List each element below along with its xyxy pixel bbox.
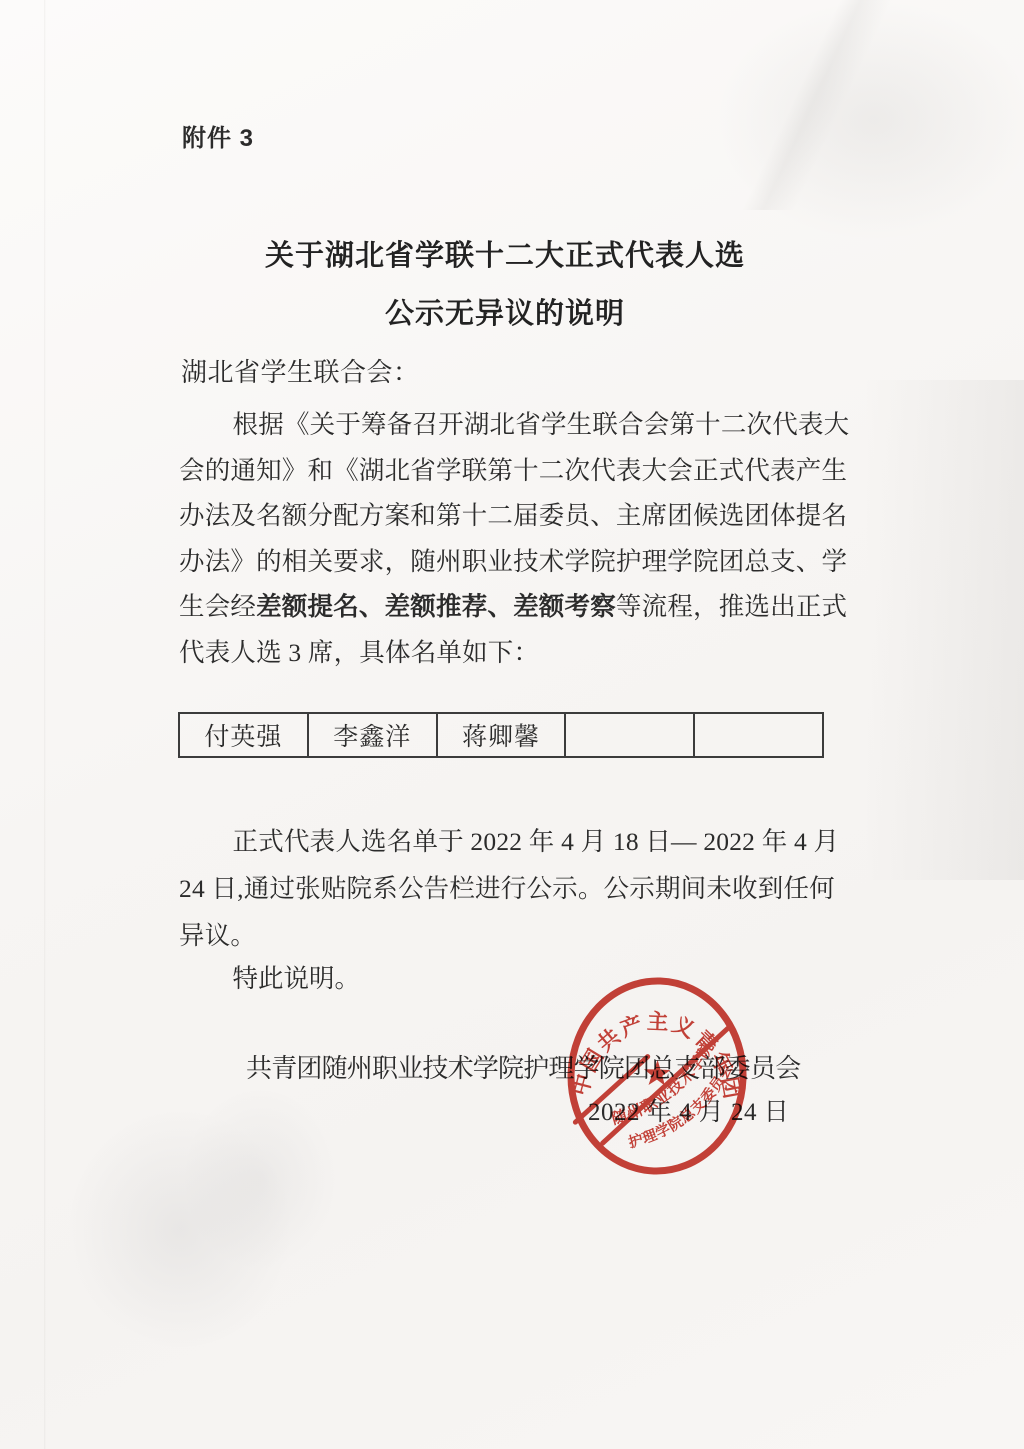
paper-crease (150, 1049, 370, 1309)
line5-suffix: 等流程，推选出正式 (616, 592, 847, 621)
representatives-table: 付英强 李鑫洋 蒋卿馨 (178, 712, 824, 758)
paragraph1-line2: 会的通知》和《湖北省学联第十二次代表大会正式代表产生 (179, 448, 851, 494)
table-cell-name-1: 付英强 (179, 713, 308, 757)
table-cell-empty-1 (565, 713, 694, 757)
paragraph2-line2: 24 日,通过张贴院系公告栏进行公示。公示期间未收到任何 (179, 865, 851, 912)
body-paragraph-1: 根据《关于筹备召开湖北省学生联合会第十二次代表大 会的通知》和《湖北省学联第十二… (179, 402, 851, 675)
attachment-label: 附件 3 (182, 118, 254, 153)
paper-crease (864, 380, 1024, 880)
paragraph1-line1: 根据《关于筹备召开湖北省学生联合会第十二次代表大 (179, 402, 851, 448)
scanned-document-page: 附件 3 关于湖北省学联十二大正式代表人选 公示无异议的说明 湖北省学生联合会：… (0, 0, 1024, 1449)
paragraph1-line3: 办法及名额分配方案和第十二届委员、主席团候选团体提名 (179, 493, 851, 539)
line5-prefix: 生会经 (179, 592, 256, 621)
closing-line: 特此说明。 (179, 959, 360, 995)
salutation: 湖北省学生联合会： (181, 352, 420, 389)
table-cell-empty-2 (694, 713, 823, 757)
table-cell-name-2: 李鑫洋 (308, 713, 437, 757)
document-title-line2: 公示无异议的说明 (0, 285, 1010, 343)
paragraph2-line3: 异议。 (179, 912, 851, 959)
table-row: 付英强 李鑫洋 蒋卿馨 (179, 713, 823, 757)
paragraph1-line6: 代表人选 3 席，具体名单如下： (179, 630, 851, 676)
body-paragraph-2: 正式代表人选名单于 2022 年 4 月 18 日— 2022 年 4 月 24… (179, 818, 851, 960)
paragraph2-line1: 正式代表人选名单于 2022 年 4 月 18 日— 2022 年 4 月 (179, 818, 851, 865)
paper-seam (44, 0, 46, 1449)
paper-crease (600, 0, 1024, 210)
signature-line: 共青团随州职业技术学院护理学院团总支部委员会 (246, 1048, 800, 1085)
line5-bold-segment: 差额提名、差额推荐、差额考察 (256, 592, 616, 621)
date-line: 2022 年 4 月 24 日 (588, 1092, 789, 1128)
document-title-line1: 关于湖北省学联十二大正式代表人选 (0, 227, 1010, 285)
paragraph1-line5: 生会经差额提名、差额推荐、差额考察等流程，推选出正式 (179, 584, 851, 630)
paper-crease (30, 1069, 330, 1389)
paragraph1-line4: 办法》的相关要求，随州职业技术学院护理学院团总支、学 (179, 539, 851, 585)
table-cell-name-3: 蒋卿馨 (437, 713, 566, 757)
document-title: 关于湖北省学联十二大正式代表人选 公示无异议的说明 (0, 227, 1010, 343)
